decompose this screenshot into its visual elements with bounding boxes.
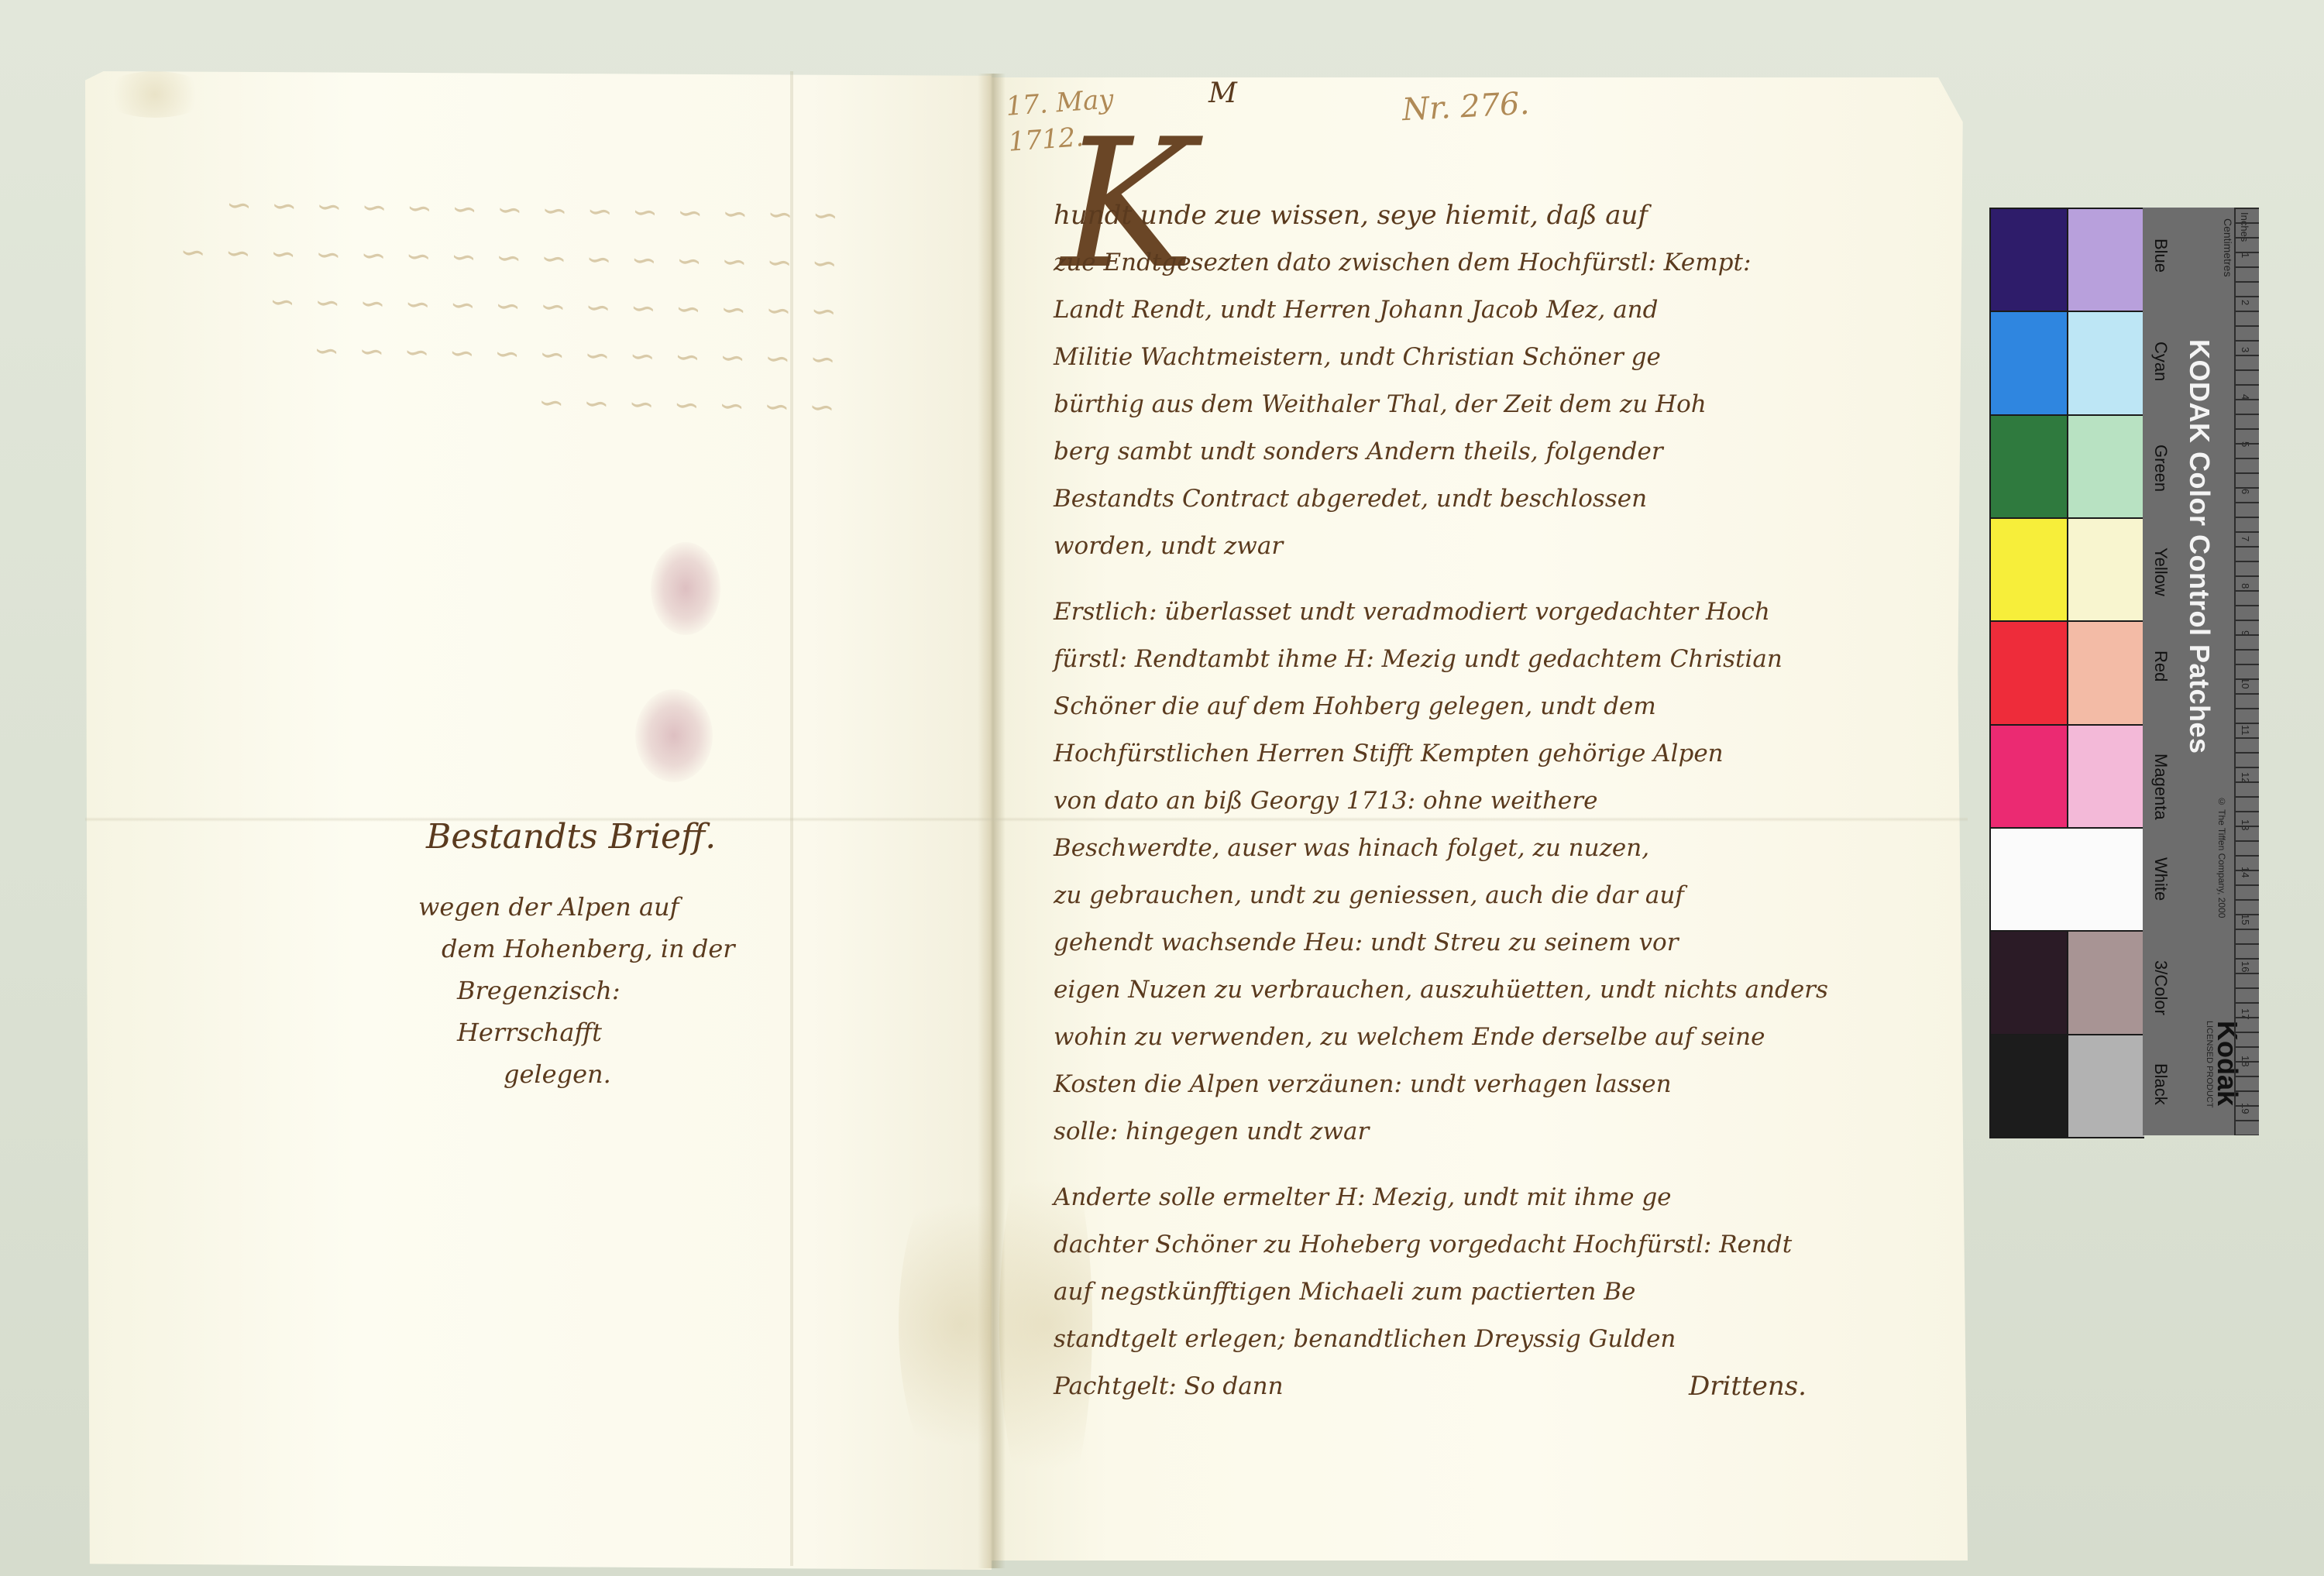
text-line: Hochfürstlichen Herren Stifft Kempten ge…	[1054, 730, 1944, 778]
text-line: fürstl: Rendtambt ihme H: Mezig undt ged…	[1054, 636, 1944, 683]
centimetres-label: Centimetres	[2222, 218, 2234, 276]
patch-black-dark	[1991, 1035, 2067, 1137]
document-number: Nr. 276.	[1401, 86, 1530, 129]
text-line: gehendt wachsende Heu: undt Streu zu sei…	[1054, 919, 1944, 967]
text-line: solle: hingegen undt zwar	[1054, 1108, 1944, 1155]
ruler-panel: BlueCyanGreenYellowRedMagentaWhite3/Colo…	[2143, 208, 2259, 1135]
patch-cyan-light	[2068, 312, 2144, 414]
patch-green-dark	[1991, 416, 2067, 517]
copyright-text: © The Tiffen Company, 2000	[2216, 796, 2227, 918]
edge-stain	[101, 71, 209, 118]
endorsement: Bestandts Brieff. wegen der Alpen auf de…	[418, 817, 767, 1095]
patch-black-light	[2068, 1035, 2144, 1137]
contract-text: hundt unde zue wissen, seye hiemit, daß …	[1054, 192, 1944, 1410]
patch-yellow-light	[2068, 519, 2144, 620]
text-line: Pachtgelt: So dann	[1054, 1363, 1944, 1410]
text-line: Bestandts Contract abgeredet, undt besch…	[1054, 476, 1944, 523]
endorsement-line: Bregenzisch: Herrschafft	[457, 970, 767, 1053]
patch-white	[1991, 829, 2144, 930]
patch-label: Yellow	[2150, 548, 2171, 596]
text-line: dachter Schöner zu Hoheberg vorgedacht H…	[1054, 1221, 1944, 1269]
text-line: von dato an biß Georgy 1713: ohne weithe…	[1054, 778, 1944, 825]
text-line: Erstlich: überlasset undt veradmodiert v…	[1054, 589, 1944, 636]
endorsement-line: gelegen.	[504, 1053, 767, 1095]
patch-yellow-dark	[1991, 519, 2067, 620]
kodak-color-control-strip: BlueCyanGreenYellowRedMagentaWhite3/Colo…	[1989, 208, 2262, 1135]
text-line: hundt unde zue wissen, seye hiemit, daß …	[1054, 192, 1944, 239]
text-line: bürthig aus dem Weithaler Thal, der Zeit…	[1054, 381, 1944, 428]
catchword: Drittens.	[1689, 1371, 1807, 1402]
text-line: zu gebrauchen, undt zu geniessen, auch d…	[1054, 872, 1944, 919]
color-patches-grid	[1989, 208, 2144, 1138]
patch-cyan-dark	[1991, 312, 2067, 414]
text-line: Schöner die auf dem Hohberg gelegen, und…	[1054, 683, 1944, 730]
licensed-product-text: LICENSED PRODUCT	[2205, 1021, 2214, 1107]
patch-blue-light	[2068, 209, 2144, 311]
patch-label: White	[2150, 857, 2171, 901]
text-line: Militie Wachtmeistern, undt Christian Sc…	[1054, 334, 1944, 381]
text-line: Beschwerdte, auser was hinach folget, zu…	[1054, 825, 1944, 872]
patch-label: 3/Color	[2150, 960, 2171, 1015]
text-line: zue Endtgesezten dato zwischen dem Hochf…	[1054, 239, 1944, 287]
patch-label: Magenta	[2150, 754, 2171, 820]
patch-label: Blue	[2150, 239, 2171, 273]
patch-red-dark	[1991, 622, 2067, 723]
endorsement-title: Bestandts Brieff.	[426, 817, 767, 857]
patch-green-light	[2068, 416, 2144, 517]
text-line: standtgelt erlegen; benandtlichen Dreyss…	[1054, 1316, 1944, 1363]
text-line: wohin zu verwenden, zu welchem Ende ders…	[1054, 1014, 1944, 1061]
ruler-ticks	[2234, 208, 2259, 1135]
endorsement-line: wegen der Alpen auf	[418, 886, 767, 928]
patch-3-color-dark	[1991, 932, 2067, 1033]
text-line: Kosten die Alpen verzäunen: undt verhage…	[1054, 1061, 1944, 1108]
patch-label: Green	[2150, 445, 2171, 492]
text-line: Landt Rendt, undt Herren Johann Jacob Me…	[1054, 287, 1944, 334]
patch-label: Cyan	[2150, 342, 2171, 381]
text-line: berg sambt undt sonders Andern theils, f…	[1054, 428, 1944, 476]
patch-red-light	[2068, 622, 2144, 723]
wax-seal-trace-upper	[651, 542, 720, 635]
bleed-through-text: ~ ~ ~ ~ ~ ~ ~ ~ ~ ~ ~ ~ ~ ~ ~ ~ ~ ~ ~ ~ …	[153, 180, 838, 431]
patch-label: Red	[2150, 651, 2171, 682]
patch-magenta-light	[2068, 726, 2144, 827]
patch-blue-dark	[1991, 209, 2067, 311]
text-line: worden, undt zwar	[1054, 523, 1944, 570]
patch-labels: BlueCyanGreenYellowRedMagentaWhite3/Colo…	[2149, 208, 2180, 1135]
text-line: eigen Nuzen zu verbrauchen, auszuhüetten…	[1054, 967, 1944, 1014]
text-line: Anderte solle ermelter H: Mezig, undt mi…	[1054, 1174, 1944, 1221]
patch-3-color-light	[2068, 932, 2144, 1033]
patch-magenta-dark	[1991, 726, 2067, 827]
margin-mark: M	[1208, 77, 1237, 109]
text-line: auf negstkünfftigen Michaeli zum pactier…	[1054, 1269, 1944, 1316]
patch-label: Black	[2150, 1063, 2171, 1105]
endorsement-line: dem Hohenberg, in der	[442, 928, 767, 970]
wax-seal-trace-lower	[635, 689, 713, 782]
target-title: KODAK Color Control Patches	[2183, 339, 2216, 754]
